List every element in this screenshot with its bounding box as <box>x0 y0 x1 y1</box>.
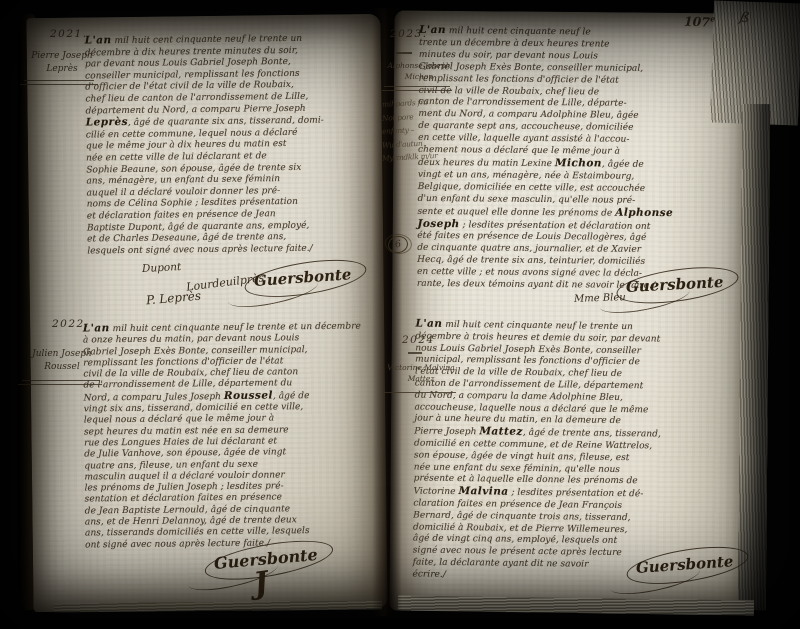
act-body-text: L'an mil huit cent cinquante neuf letren… <box>417 25 675 293</box>
act-body-text: L'an mil huit cent cinquante neuf le tre… <box>412 319 662 585</box>
officer-signature: Guersbonte <box>626 272 724 296</box>
page-edges-bottom-left <box>54 601 382 613</box>
page-edges-right <box>738 104 770 610</box>
act-body-text: L'an mil huit cent cinquante neuf le tre… <box>85 33 326 258</box>
book-photo: 2021. Pierre JosephLeprès L'an mil huit … <box>0 0 800 629</box>
folio-number: 107e <box>684 12 716 29</box>
margin-underline <box>24 80 94 81</box>
witness-signature: Dupont <box>142 261 182 275</box>
circled-number-value: 6 <box>394 239 402 251</box>
act-body-text: L'an mil huit cent cinquante neuf le tre… <box>83 321 363 552</box>
margin-dash <box>396 52 412 54</box>
folio-number-value: 107 <box>684 14 711 30</box>
act-number: 2021. <box>50 28 88 40</box>
folio-number-suffix: e <box>710 13 715 23</box>
circled-number: 6 <box>387 234 410 254</box>
